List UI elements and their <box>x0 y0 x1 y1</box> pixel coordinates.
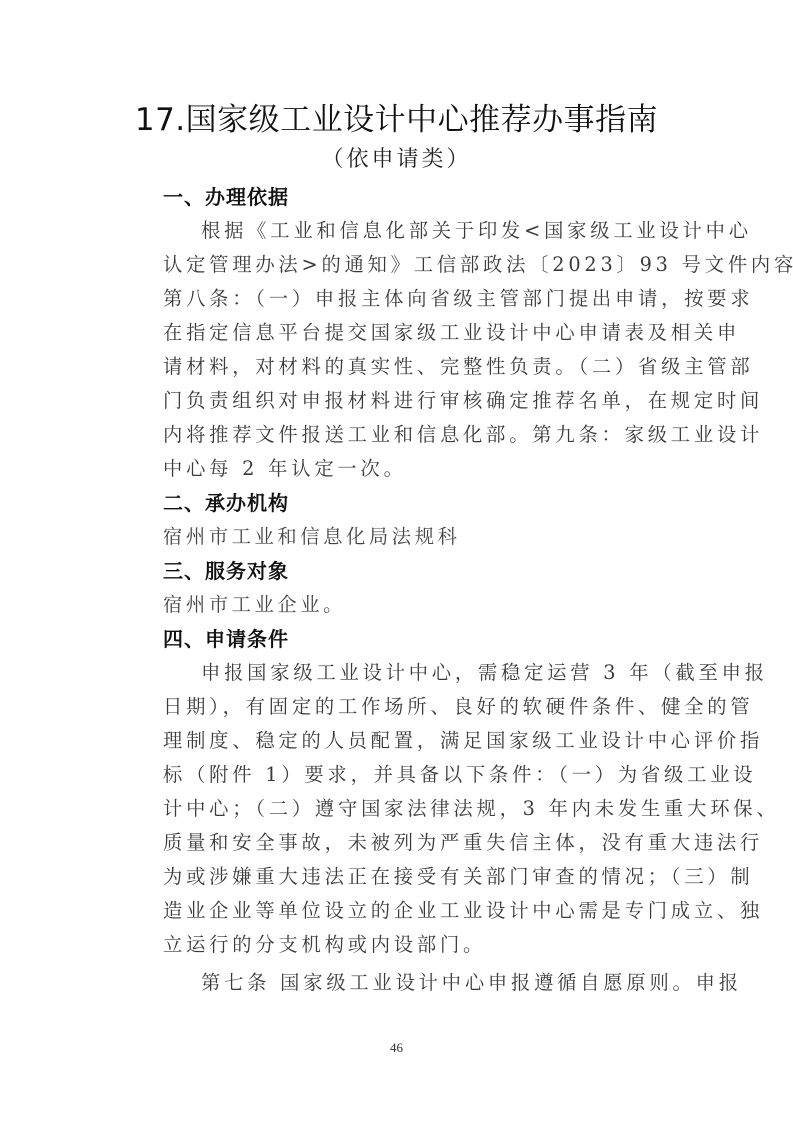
paragraph-line: 造业企业等单位设立的企业工业设计中心需是专门成立、独 <box>125 894 673 928</box>
paragraph-line: 理制度、稳定的人员配置，满足国家级工业设计中心评价指 <box>125 724 673 758</box>
paragraph-line: 中心每 2 年认定一次。 <box>125 452 673 486</box>
document-subtitle: （依申请类） <box>0 144 793 176</box>
paragraph-line: 日期），有固定的工作场所、良好的软硬件条件、健全的管 <box>125 690 673 724</box>
paragraph-line: 计中心；（二）遵守国家法律法规，3 年内未发生重大环保、 <box>125 792 673 826</box>
section-heading-service-target: 三、服务对象 <box>125 554 673 588</box>
section-body-article-seven: 第七条 国家级工业设计中心申报遵循自愿原则。申报 <box>125 966 673 1000</box>
paragraph-line: 第八条：（一）申报主体向省级主管部门提出申请，按要求 <box>125 282 673 316</box>
section-body-service-target: 宿州市工业企业。 <box>125 588 673 622</box>
paragraph-line: 申报国家级工业设计中心，需稳定运营 3 年（截至申报 <box>125 656 673 690</box>
paragraph-line: 认定管理办法>的通知》工信部政法〔2023〕93 号文件内容， <box>125 248 673 282</box>
paragraph-line: 为或涉嫌重大违法正在接受有关部门审查的情况；（三）制 <box>125 860 673 894</box>
document-title: 17.国家级工业设计中心推荐办事指南 <box>0 98 793 142</box>
page-number: 46 <box>0 1040 793 1056</box>
paragraph-line: 质量和安全事故，未被列为严重失信主体，没有重大违法行 <box>125 826 673 860</box>
section-body-handling-agency: 宿州市工业和信息化局法规科 <box>125 520 673 554</box>
paragraph-line: 标（附件 1）要求，并具备以下条件：（一）为省级工业设 <box>125 758 673 792</box>
paragraph-line: 根据《工业和信息化部关于印发<国家级工业设计中心 <box>125 214 673 248</box>
paragraph-line: 门负责组织对申报材料进行审核确定推荐名单，在规定时间 <box>125 384 673 418</box>
document-body: 一、办理依据 根据《工业和信息化部关于印发<国家级工业设计中心 认定管理办法>的… <box>125 180 673 1000</box>
section-heading-basis: 一、办理依据 <box>125 180 673 214</box>
paragraph-line: 内将推荐文件报送工业和信息化部。第九条：家级工业设计 <box>125 418 673 452</box>
paragraph-line: 立运行的分支机构或内设部门。 <box>125 928 673 962</box>
section-heading-conditions: 四、申请条件 <box>125 622 673 656</box>
section-body-conditions: 申报国家级工业设计中心，需稳定运营 3 年（截至申报 日期），有固定的工作场所、… <box>125 656 673 962</box>
section-heading-handling-agency: 二、承办机构 <box>125 486 673 520</box>
paragraph-line: 请材料，对材料的真实性、完整性负责。（二）省级主管部 <box>125 350 673 384</box>
paragraph-line: 在指定信息平台提交国家级工业设计中心申请表及相关申 <box>125 316 673 350</box>
section-body-basis: 根据《工业和信息化部关于印发<国家级工业设计中心 认定管理办法>的通知》工信部政… <box>125 214 673 486</box>
document-page: 17.国家级工业设计中心推荐办事指南 （依申请类） 一、办理依据 根据《工业和信… <box>0 0 793 1122</box>
paragraph-line: 第七条 国家级工业设计中心申报遵循自愿原则。申报 <box>125 966 673 1000</box>
